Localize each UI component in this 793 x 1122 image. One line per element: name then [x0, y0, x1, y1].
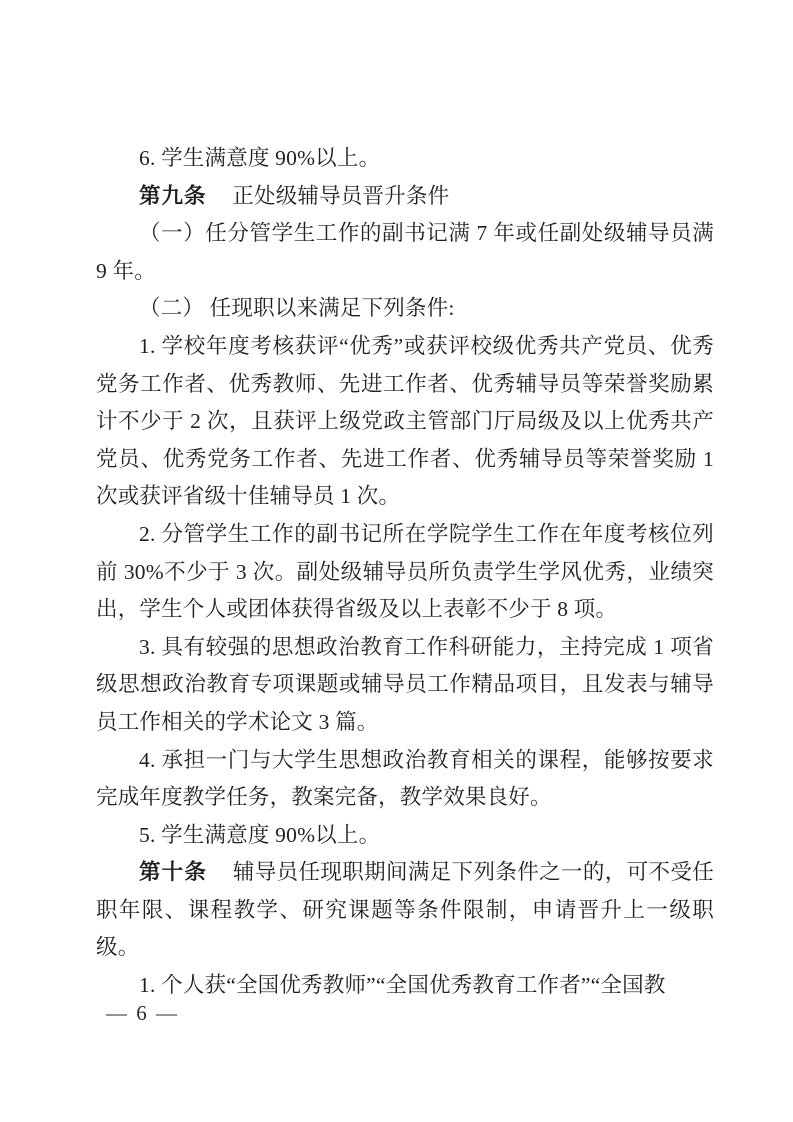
paragraph-condition-3: 3. 具有较强的思想政治教育工作科研能力，主持完成 1 项省级思想政治教育专项课… — [96, 629, 714, 742]
paragraph-text: 3. 具有较强的思想政治教育工作科研能力，主持完成 1 项省级思想政治教育专项课… — [96, 635, 714, 734]
paragraph-text: 1. 个人获“全国优秀教师”“全国优秀教育工作者”“全国教 — [139, 973, 666, 997]
paragraph-article-10-item-1: 1. 个人获“全国优秀教师”“全国优秀教育工作者”“全国教 — [96, 967, 714, 1005]
page-number: — 6 — — [106, 998, 179, 1028]
paragraph-text: （一）任分管学生工作的副书记满 7 年或任副处级辅导员满 9 年。 — [96, 221, 714, 283]
article-9-title: 正处级辅导员晋升条件 — [232, 184, 449, 208]
paragraph-condition-5: 5. 学生满意度 90%以上。 — [96, 817, 714, 855]
article-10-heading: 第十条辅导员任现职期间满足下列条件之一的，可不受任职年限、课程教学、研究课题等条… — [96, 854, 714, 967]
article-9-number: 第九条 — [139, 184, 207, 208]
paragraph-clause-2: （二） 任现职以来满足下列条件: — [96, 290, 714, 328]
paragraph-text: 1. 学校年度考核获评“优秀”或获评校级优秀共产党员、优秀党务工作者、优秀教师、… — [96, 334, 714, 508]
document-page: 6. 学生满意度 90%以上。 第九条正处级辅导员晋升条件 （一）任分管学生工作… — [0, 0, 793, 1122]
paragraph-condition-2: 2. 分管学生工作的副书记所在学院学生工作在年度考核位列前 30%不少于 3 次… — [96, 516, 714, 629]
paragraph-condition-1: 1. 学校年度考核获评“优秀”或获评校级优秀共产党员、优秀党务工作者、优秀教师、… — [96, 328, 714, 516]
article-10-number: 第十条 — [139, 860, 207, 884]
paragraph-condition-4: 4. 承担一门与大学生思想政治教育相关的课程，能够按要求完成年度教学任务，教案完… — [96, 742, 714, 817]
paragraph-text: 4. 承担一门与大学生思想政治教育相关的课程，能够按要求完成年度教学任务，教案完… — [96, 748, 714, 810]
paragraph-clause-1: （一）任分管学生工作的副书记满 7 年或任副处级辅导员满 9 年。 — [96, 215, 714, 290]
paragraph-text: 5. 学生满意度 90%以上。 — [139, 823, 380, 847]
paragraph-item-6-satisfaction: 6. 学生满意度 90%以上。 — [96, 140, 714, 178]
document-body: 6. 学生满意度 90%以上。 第九条正处级辅导员晋升条件 （一）任分管学生工作… — [96, 140, 714, 1005]
paragraph-text: 6. 学生满意度 90%以上。 — [139, 146, 380, 170]
paragraph-text: （二） 任现职以来满足下列条件: — [139, 296, 455, 320]
paragraph-text: 2. 分管学生工作的副书记所在学院学生工作在年度考核位列前 30%不少于 3 次… — [96, 522, 714, 621]
article-9-heading: 第九条正处级辅导员晋升条件 — [96, 178, 714, 216]
